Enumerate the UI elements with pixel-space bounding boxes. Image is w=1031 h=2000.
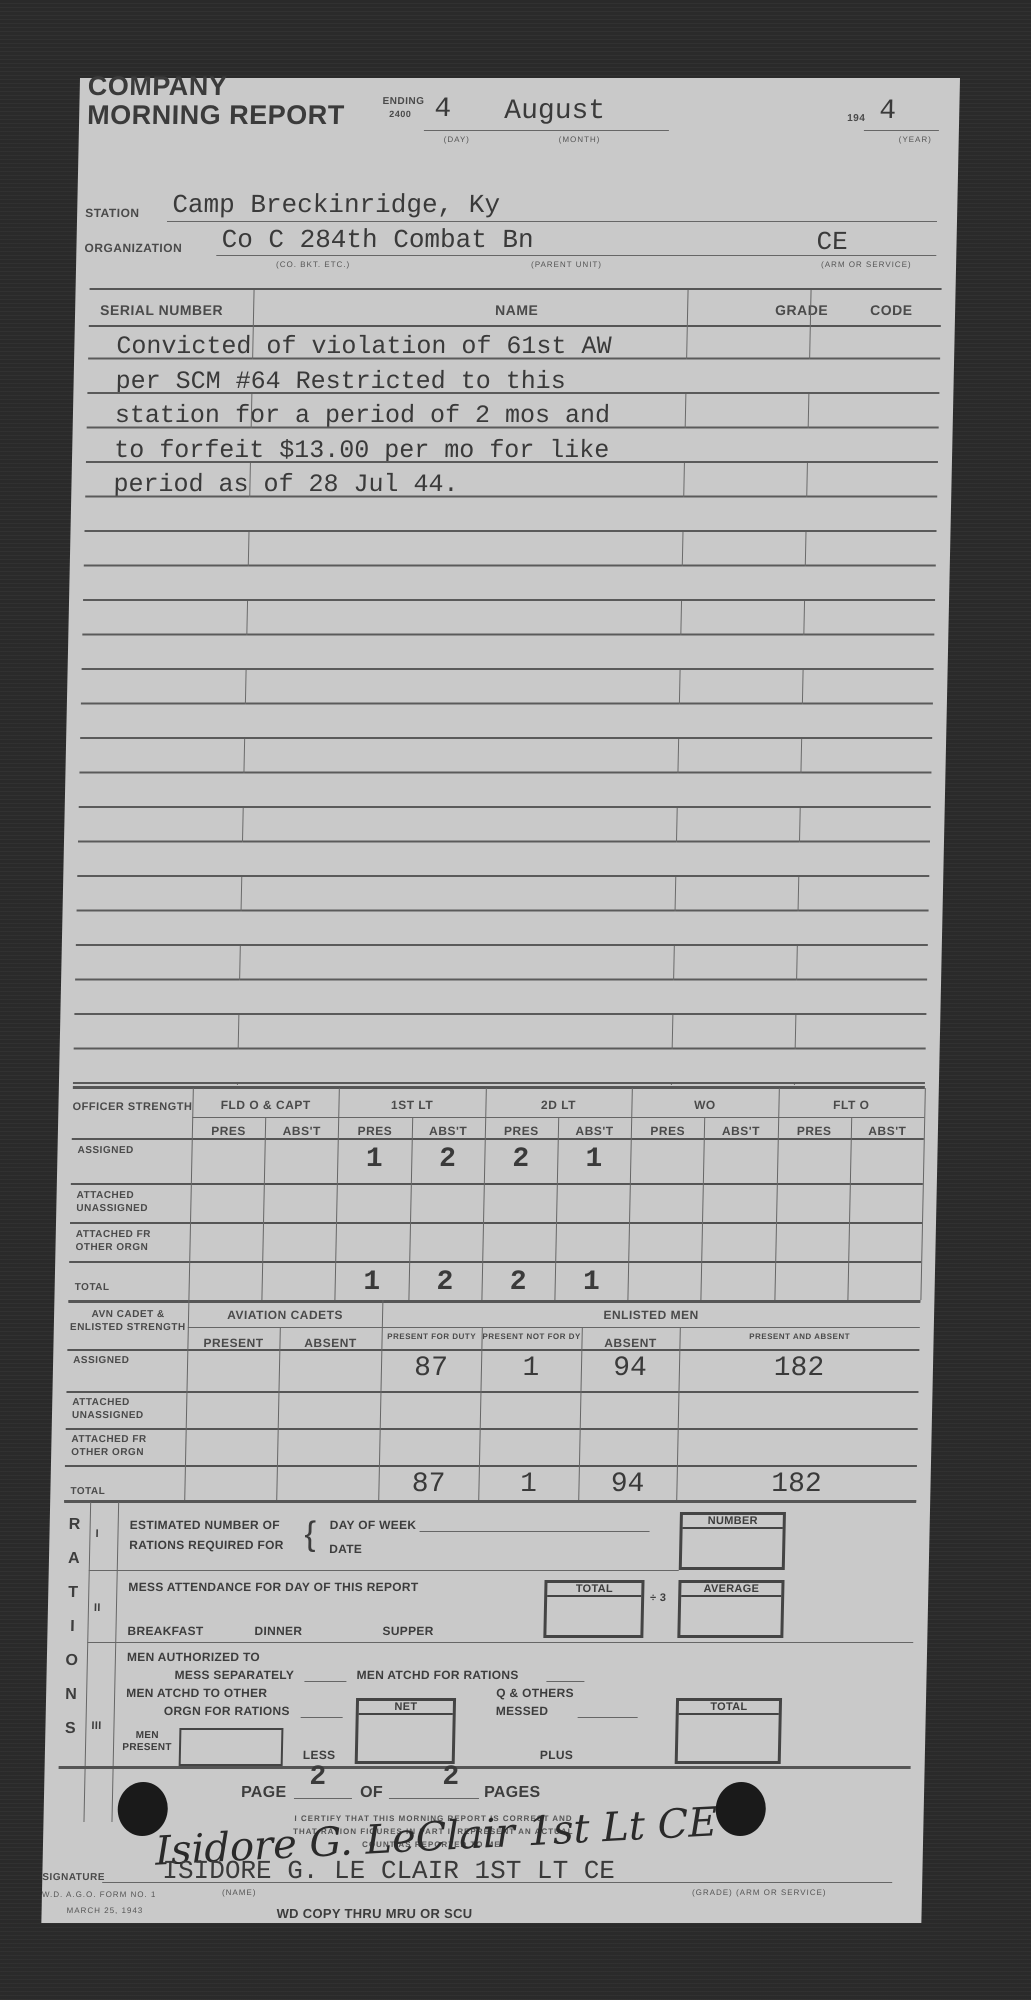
organization-value: Co C 284th Combat Bn <box>221 225 534 255</box>
table-top-rule <box>90 288 942 290</box>
officer-subcol-header: ABS'T <box>851 1124 924 1138</box>
dinner-label: DINNER <box>254 1624 302 1638</box>
officer-row-label: ASSIGNED <box>77 1144 189 1157</box>
title-line-1: COMPANY <box>88 72 346 101</box>
officer-subcol-header: ABS'T <box>411 1124 484 1138</box>
enlisted-subheader-rule <box>188 1327 920 1328</box>
officer-group-header: 2D LT <box>485 1098 632 1112</box>
side-letter: I <box>61 1610 84 1644</box>
officer-cell: 2 <box>408 1267 482 1298</box>
title-line-2: MORNING REPORT <box>87 101 345 130</box>
plus-label: PLUS <box>540 1748 574 1762</box>
enlisted-row-rule <box>66 1428 918 1430</box>
morning-report-form: COMPANY MORNING REPORT ENDING 2400 4 Aug… <box>41 78 960 1923</box>
officer-row-rule <box>71 1183 923 1185</box>
grade-caption: (GRADE) (ARM OR SERVICE) <box>692 1888 827 1897</box>
enlisted-cell: 87 <box>378 1469 479 1500</box>
enlisted-top-rule <box>68 1300 920 1303</box>
name-caption: (NAME) <box>222 1888 257 1897</box>
side-letter: R <box>63 1508 86 1542</box>
enlisted-row-rule <box>65 1465 917 1467</box>
enlisted-subcol-header: ABSENT <box>279 1336 381 1350</box>
org-caption: (CO. BKT. ETC.) <box>276 260 350 269</box>
mess-attendance-title: MESS ATTENDANCE FOR DAY OF THIS REPORT <box>128 1580 418 1594</box>
enlisted-row-rule <box>67 1349 919 1351</box>
officer-subcol-header: PRES <box>192 1124 265 1138</box>
enlisted-strength-title: AVN CADET & ENLISTED STRENGTH <box>68 1308 189 1334</box>
day-caption: (DAY) <box>444 135 470 144</box>
number-box[interactable]: NUMBER <box>679 1512 786 1570</box>
officer-strength-title: OFFICER STRENGTH <box>72 1100 192 1114</box>
enlisted-subcol-header: PRESENT FOR DUTY <box>382 1331 482 1343</box>
officer-col-divider <box>920 1088 925 1300</box>
officer-subcol-header: PRES <box>631 1124 704 1138</box>
total-box[interactable]: TOTAL <box>543 1580 644 1638</box>
year-underline <box>864 130 939 131</box>
net-box-label: NET <box>359 1701 453 1715</box>
other-orgn-label-1: MEN ATCHD TO OTHER <box>126 1686 267 1700</box>
officer-col-divider <box>188 1088 193 1300</box>
men-present-box[interactable] <box>179 1728 284 1766</box>
enlisted-men-header: ENLISTED MEN <box>382 1308 920 1322</box>
col-serial-number: SERIAL NUMBER <box>100 302 223 318</box>
rations-side-label: R A T I O N S <box>59 1508 86 1746</box>
col-divider <box>687 290 689 325</box>
officer-col-divider <box>847 1117 852 1300</box>
enlisted-subcol-header: ABSENT <box>581 1336 679 1350</box>
officer-row-rule <box>72 1138 924 1140</box>
side-letter: S <box>59 1712 82 1746</box>
mess-separately-field[interactable] <box>304 1681 346 1682</box>
pages-total: 2 <box>442 1762 459 1793</box>
station-underline <box>167 221 937 222</box>
officer-subcol-header: ABS'T <box>704 1124 777 1138</box>
arm-caption: (ARM OR SERVICE) <box>821 260 912 269</box>
ruled-lines <box>73 325 941 1085</box>
officer-col-divider <box>774 1088 779 1300</box>
organization-label: ORGANIZATION <box>84 241 182 255</box>
officer-cell: 1 <box>337 1144 411 1175</box>
enlisted-cell: 94 <box>578 1469 677 1500</box>
officer-cell: 2 <box>411 1144 485 1175</box>
col-grade: GRADE <box>775 302 828 318</box>
date-underline <box>424 130 669 131</box>
part-3-total-label: TOTAL <box>679 1701 779 1715</box>
year-prefix: 194 <box>847 113 865 124</box>
q-others-label-1: Q & OTHERS <box>496 1686 574 1700</box>
average-box-label: AVERAGE <box>681 1583 781 1597</box>
officer-top-rule <box>73 1086 925 1089</box>
date-label: DATE <box>329 1542 362 1556</box>
men-present-line: MEN <box>117 1730 177 1742</box>
organization-underline <box>216 255 936 256</box>
officer-group-header: WO <box>632 1098 779 1112</box>
officer-col-divider <box>701 1117 706 1300</box>
officer-row-rule <box>69 1261 921 1263</box>
part-2-numeral: II <box>94 1602 101 1614</box>
page-underline <box>294 1798 352 1799</box>
enlisted-cell: 87 <box>381 1353 482 1384</box>
officer-col-divider <box>262 1117 267 1300</box>
officer-cell: 2 <box>484 1144 558 1175</box>
page-label: PAGE <box>241 1784 287 1802</box>
number-box-label: NUMBER <box>683 1515 783 1529</box>
year-digit: 4 <box>879 96 896 127</box>
punch-hole-right <box>715 1782 766 1836</box>
day-of-week-field[interactable] <box>420 1531 650 1532</box>
officer-cell: 2 <box>481 1267 555 1298</box>
authorized-label-2: MESS SEPARATELY <box>174 1668 294 1682</box>
signature-label: SIGNATURE <box>42 1872 105 1883</box>
breakfast-label: BREAKFAST <box>127 1624 203 1638</box>
pages-underline <box>389 1798 479 1799</box>
wd-copy-note: WD COPY THRU MRU OR SCU <box>276 1906 472 1921</box>
enlisted-row-label: TOTAL <box>70 1485 182 1498</box>
station-label: STATION <box>85 206 140 220</box>
side-letter: O <box>60 1644 83 1678</box>
officer-group-header: FLT O <box>778 1098 925 1112</box>
average-box[interactable]: AVERAGE <box>677 1580 784 1638</box>
officer-row-rule <box>70 1222 922 1224</box>
officer-group-header: FLD O & CAPT <box>192 1098 339 1112</box>
q-others-field[interactable] <box>578 1717 638 1718</box>
side-letter: A <box>63 1542 86 1576</box>
signature-line <box>102 1882 892 1883</box>
officer-subcol-header: ABS'T <box>558 1124 631 1138</box>
form-number: W.D. A.G.O. FORM NO. 1 <box>42 1890 157 1899</box>
officer-cell: 1 <box>335 1267 409 1298</box>
parent-caption: (PARENT UNIT) <box>531 260 602 269</box>
ending-time: 2400 <box>389 109 411 119</box>
officer-group-header: 1ST LT <box>339 1098 486 1112</box>
officer-row-label: ATTACHED FR OTHER ORGN <box>75 1228 188 1254</box>
month-value: August <box>504 96 605 127</box>
ending-label: ENDING <box>382 96 424 107</box>
atchd-rations-field[interactable] <box>546 1681 584 1682</box>
part-1-numeral: I <box>95 1528 99 1540</box>
month-caption: (MONTH) <box>559 135 601 144</box>
part-1-text-1: ESTIMATED NUMBER OF <box>130 1518 280 1532</box>
part-3-total-box[interactable]: TOTAL <box>675 1698 782 1764</box>
less-label: LESS <box>303 1748 336 1762</box>
enlisted-cell: 94 <box>581 1353 680 1384</box>
brace-icon: { <box>304 1514 316 1554</box>
page-number: 2 <box>309 1762 326 1793</box>
col-divider <box>253 290 255 325</box>
net-box[interactable]: NET <box>355 1698 456 1764</box>
enlisted-row-rule <box>66 1391 918 1393</box>
form-title: COMPANY MORNING REPORT <box>87 72 346 130</box>
enlisted-cell: 182 <box>679 1353 920 1384</box>
enlisted-subcol-header: PRESENT AND ABSENT <box>680 1331 920 1343</box>
enlisted-row-label: ASSIGNED <box>73 1354 185 1367</box>
arm-service-value: CE <box>816 227 848 257</box>
total-box-label: TOTAL <box>547 1583 641 1597</box>
station-value: Camp Breckinridge, Ky <box>172 190 500 220</box>
rations-bottom-rule <box>59 1766 911 1769</box>
divide-by-three: ÷ 3 <box>648 1592 668 1604</box>
enlisted-subcol-header: PRESENT NOT FOR DY <box>482 1331 582 1343</box>
aviation-cadets-header: AVIATION CADETS <box>188 1308 382 1322</box>
pages-label: PAGES <box>484 1784 541 1802</box>
enlisted-row-label: ATTACHED FR OTHER ORGN <box>71 1433 184 1459</box>
men-present-label: MEN PRESENT <box>117 1730 178 1754</box>
officer-col-divider <box>628 1088 633 1300</box>
rations-numeral-divider <box>111 1502 119 1822</box>
officer-subcol-header: ABS'T <box>265 1124 338 1138</box>
authorized-label-1: MEN AUTHORIZED TO <box>127 1650 260 1664</box>
form-date: MARCH 25, 1943 <box>67 1906 144 1915</box>
officer-cell: 1 <box>554 1267 628 1298</box>
atchd-rations-label: MEN ATCHD FOR RATIONS <box>356 1668 518 1682</box>
part-1-text-2: RATIONS REQUIRED FOR <box>129 1538 284 1552</box>
col-code: CODE <box>870 302 913 318</box>
rations-top-rule <box>64 1500 916 1503</box>
enlisted-cell: 182 <box>676 1469 917 1500</box>
enlisted-cell: 1 <box>481 1353 582 1384</box>
of-label: OF <box>360 1784 383 1802</box>
enlisted-cell: 1 <box>478 1469 579 1500</box>
officer-subcol-header: PRES <box>777 1124 850 1138</box>
day-of-week-label: DAY OF WEEK <box>330 1518 417 1532</box>
officer-subcol-header: PRES <box>338 1124 411 1138</box>
other-orgn-field[interactable] <box>301 1717 343 1718</box>
enlisted-row-label: ATTACHED UNASSIGNED <box>72 1396 185 1422</box>
other-orgn-label-2: ORGN FOR RATIONS <box>164 1704 290 1718</box>
supper-label: SUPPER <box>382 1624 433 1638</box>
officer-row-label: TOTAL <box>75 1281 187 1294</box>
side-letter: T <box>62 1576 85 1610</box>
part-2-rule <box>87 1642 913 1643</box>
side-letter: N <box>60 1678 83 1712</box>
enlisted-col-divider <box>276 1327 281 1500</box>
officer-row-label: ATTACHED UNASSIGNED <box>76 1189 189 1215</box>
col-name: NAME <box>495 302 539 318</box>
officer-cell: 1 <box>557 1144 631 1175</box>
enlisted-subcol-header: PRESENT <box>187 1336 279 1350</box>
part-3-numeral: III <box>91 1720 101 1732</box>
year-caption: (YEAR) <box>899 135 932 144</box>
officer-subcol-header: PRES <box>485 1124 558 1138</box>
part-1-rule <box>89 1570 679 1571</box>
q-others-label-2: MESSED <box>496 1704 549 1718</box>
day-value: 4 <box>434 94 451 125</box>
men-present-line: PRESENT <box>117 1742 177 1754</box>
